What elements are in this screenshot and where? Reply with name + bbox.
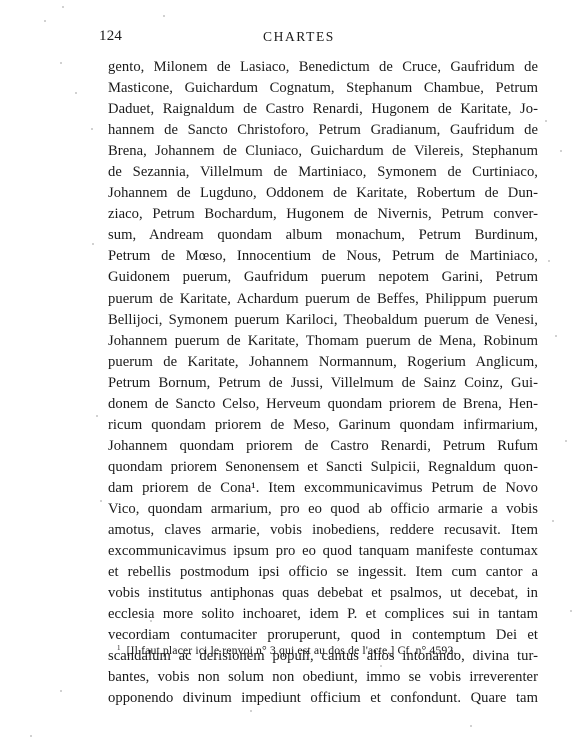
- text-line: bantes, vobis non solum non obediunt, im…: [108, 667, 538, 688]
- text-line: Guidonem puerum, Gaufridum puerum nepote…: [108, 267, 538, 288]
- scan-speck: [75, 92, 77, 94]
- scan-speck: [570, 610, 572, 612]
- scan-speck: [60, 62, 62, 64]
- page-header: 124 CHARTES: [99, 28, 539, 48]
- scan-speck: [560, 150, 562, 152]
- scan-speck: [552, 520, 554, 522]
- text-line: ziaco, Petrum Bochardum, Hugonem de Nive…: [108, 204, 538, 225]
- scan-speck: [100, 500, 102, 502]
- text-line: quondam priorem Senonensem et Sancti Sul…: [108, 457, 538, 478]
- footnote-marker: 1: [117, 644, 121, 652]
- text-line: sum, Andream quondam album monachum, Pet…: [108, 225, 538, 246]
- body-text: gento, Milonem de Lasiaco, Benedictum de…: [108, 57, 538, 709]
- text-line: vobis institutus antiphonas quas debebat…: [108, 583, 538, 604]
- scan-speck: [30, 735, 32, 737]
- scan-speck: [250, 710, 252, 712]
- text-line: amotus, claves armarie, vobis inobediens…: [108, 520, 538, 541]
- text-line: Petrum Bornum, Petrum de Jussi, Villelmu…: [108, 373, 538, 394]
- scan-speck: [62, 6, 64, 8]
- text-line: hannem de Sancto Christoforo, Petrum Gra…: [108, 120, 538, 141]
- text-line: opponendo divinum impediunt officium et …: [108, 688, 538, 709]
- text-line: puerum de Karitate, Achardum puerum de B…: [108, 289, 538, 310]
- scan-speck: [60, 690, 62, 692]
- text-line: de Sezannia, Villelmum de Martiniaco, Sy…: [108, 162, 538, 183]
- book-page: 124 CHARTES gento, Milonem de Lasiaco, B…: [0, 0, 580, 745]
- scan-speck: [91, 128, 93, 130]
- footnote-text: [Il faut placer ici le renvoi n° 3 qui e…: [127, 643, 457, 657]
- text-line: Daduet, Raignaldum de Castro Renardi, Hu…: [108, 99, 538, 120]
- scan-speck: [470, 725, 472, 727]
- text-line: Johannem de Lugduno, Oddonem de Karitate…: [108, 183, 538, 204]
- footnote: 1[Il faut placer ici le renvoi n° 3 qui …: [117, 643, 456, 658]
- scan-speck: [548, 260, 550, 262]
- text-line: ecclesia more solito inchoaret, idem P. …: [108, 604, 538, 625]
- scan-speck: [92, 243, 94, 245]
- text-line: donem de Sancto Celso, Herveum quondam p…: [108, 394, 538, 415]
- scan-speck: [96, 415, 98, 417]
- scan-speck: [565, 440, 567, 442]
- text-line: Brena, Johannem de Cluniaco, Guichardum …: [108, 141, 538, 162]
- scan-speck: [545, 120, 547, 122]
- text-line: dam priorem de Cona¹. Item excommunicavi…: [108, 478, 538, 499]
- text-line: Petrum de Mœso, Innocentium de Nous, Pet…: [108, 246, 538, 267]
- scan-speck: [163, 15, 165, 17]
- scan-speck: [555, 335, 557, 337]
- text-line: excommunicavimus ipsum pro eo quod tanqu…: [108, 541, 538, 562]
- text-line: puerum de Karitate, Johannem Normannum, …: [108, 352, 538, 373]
- text-line: Johannem puerum de Karitate, Thomam puer…: [108, 331, 538, 352]
- text-line: ricum quondam priorem de Meso, Garinum q…: [108, 415, 538, 436]
- page-number: 124: [99, 28, 122, 45]
- text-line: et rebellis postmodum ipsi officio se in…: [108, 562, 538, 583]
- text-line: Vico, quondam armarium, pro eo quod ab o…: [108, 499, 538, 520]
- running-title: CHARTES: [263, 29, 335, 45]
- scan-speck: [44, 20, 46, 22]
- text-line: Masticone, Guichardum Cognatum, Stephanu…: [108, 78, 538, 99]
- text-line: Bellijoci, Symonem puerum Kariloci, Theo…: [108, 310, 538, 331]
- text-line: gento, Milonem de Lasiaco, Benedictum de…: [108, 57, 538, 78]
- text-line: Johannem quondam priorem de Castro Renar…: [108, 436, 538, 457]
